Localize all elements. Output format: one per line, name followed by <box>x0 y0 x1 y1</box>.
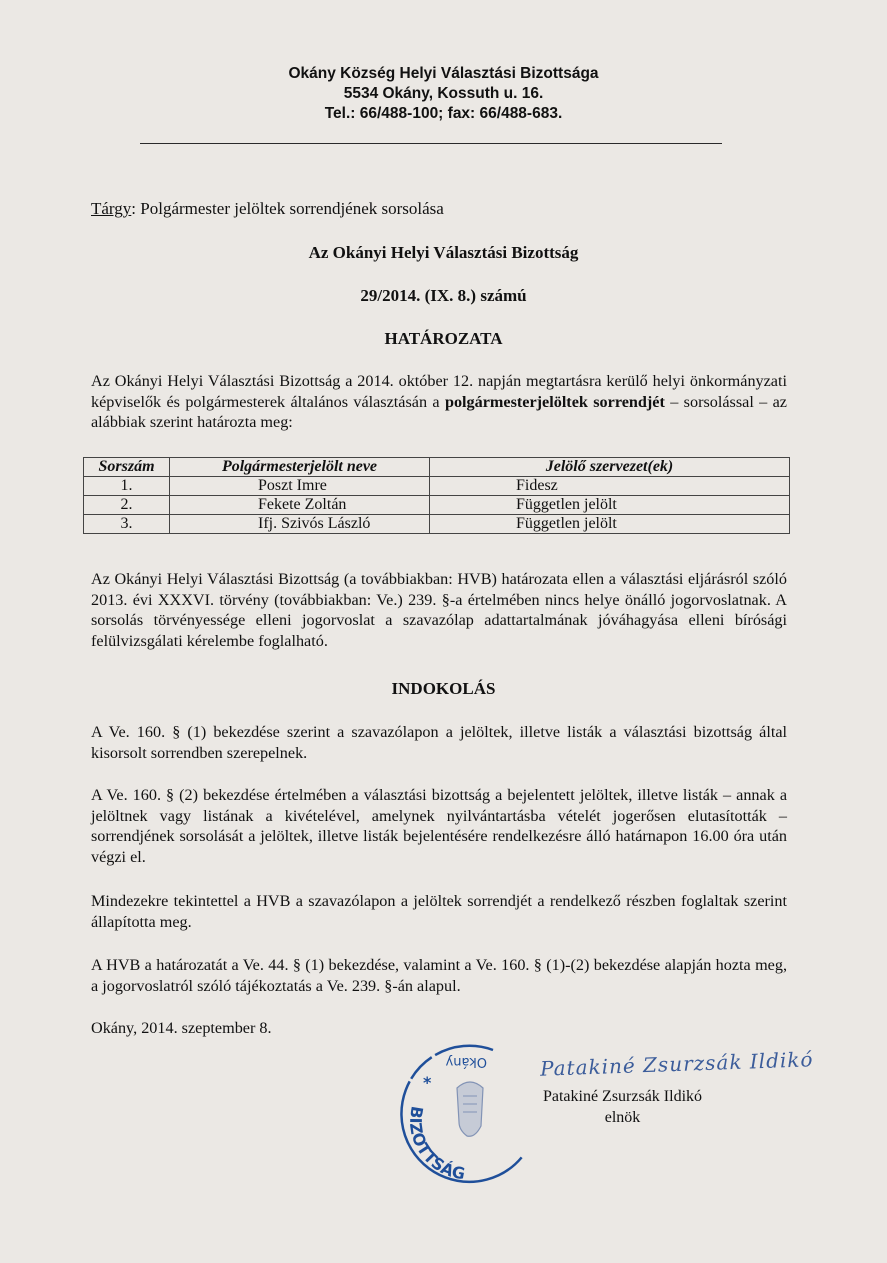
table-row: 3. Ifj. Szivós László Független jelölt <box>84 515 790 534</box>
header-nominating-org: Jelölő szervezet(ek) <box>430 458 790 477</box>
reasoning-paragraph-3: Mindezekre tekintettel a HVB a szavazóla… <box>91 891 787 932</box>
signer-name: Patakiné Zsurzsák Ildikó <box>540 1086 705 1107</box>
reasoning-paragraph-2: A Ve. 160. § (2) bekezdése értelmében a … <box>91 785 787 867</box>
table-row: 1. Poszt Imre Fidesz <box>84 477 790 496</box>
resolution-title: HATÁROZATA <box>0 329 887 349</box>
resolution-number: 29/2014. (IX. 8.) számú <box>0 286 887 306</box>
candidates-table: Sorszám Polgármesterjelölt neve Jelölő s… <box>83 457 790 534</box>
stamp-text-top: Okány <box>445 1054 487 1069</box>
header-candidate: Polgármesterjelölt neve <box>170 458 430 477</box>
stamp-text-bottom: BIZOTTSÁG <box>406 1105 467 1184</box>
subject-text: Polgármester jelöltek sorrendjének sorso… <box>136 199 444 218</box>
org-address: 5534 Okány, Kossuth u. 16. <box>0 84 887 104</box>
letterhead: Okány Község Helyi Választási Bizottsága… <box>0 64 887 124</box>
subject-line: Tárgy: Polgármester jelöltek sorrendjéne… <box>91 199 444 219</box>
place-date: Okány, 2014. szeptember 8. <box>91 1018 272 1039</box>
table-row: 2. Fekete Zoltán Független jelölt <box>84 496 790 515</box>
subject-label: Tárgy <box>91 199 131 218</box>
signer-role: elnök <box>540 1107 705 1128</box>
letterhead-divider <box>140 143 722 144</box>
handwritten-signature: Patakiné Zsurzsák Ildikó <box>540 1047 814 1081</box>
reasoning-paragraph-4: A HVB a határozatát a Ve. 44. § (1) beke… <box>91 955 787 996</box>
remedy-paragraph: Az Okányi Helyi Választási Bizottság (a … <box>91 569 787 651</box>
official-stamp: Okány * BIZOTTSÁG <box>395 1038 545 1188</box>
coat-of-arms-icon <box>457 1082 483 1136</box>
svg-text:BIZOTTSÁG: BIZOTTSÁG <box>406 1105 467 1184</box>
reasoning-title: INDOKOLÁS <box>0 679 887 699</box>
reasoning-paragraph-1: A Ve. 160. § (1) bekezdése szerint a sza… <box>91 722 787 763</box>
document-page: Okány Község Helyi Választási Bizottsága… <box>0 0 887 1263</box>
intro-bold: polgármesterjelöltek sorrendjét <box>445 393 665 411</box>
intro-paragraph: Az Okányi Helyi Választási Bizottság a 2… <box>91 371 787 433</box>
issuer-heading: Az Okányi Helyi Választási Bizottság <box>0 243 887 263</box>
org-name: Okány Község Helyi Választási Bizottsága <box>0 64 887 84</box>
table-header-row: Sorszám Polgármesterjelölt neve Jelölő s… <box>84 458 790 477</box>
org-contact: Tel.: 66/488-100; fax: 66/488-683. <box>0 104 887 124</box>
stamp-star: * <box>423 1073 432 1092</box>
signer-block: Patakiné Zsurzsák Ildikó elnök <box>540 1086 705 1128</box>
header-order: Sorszám <box>84 458 170 477</box>
